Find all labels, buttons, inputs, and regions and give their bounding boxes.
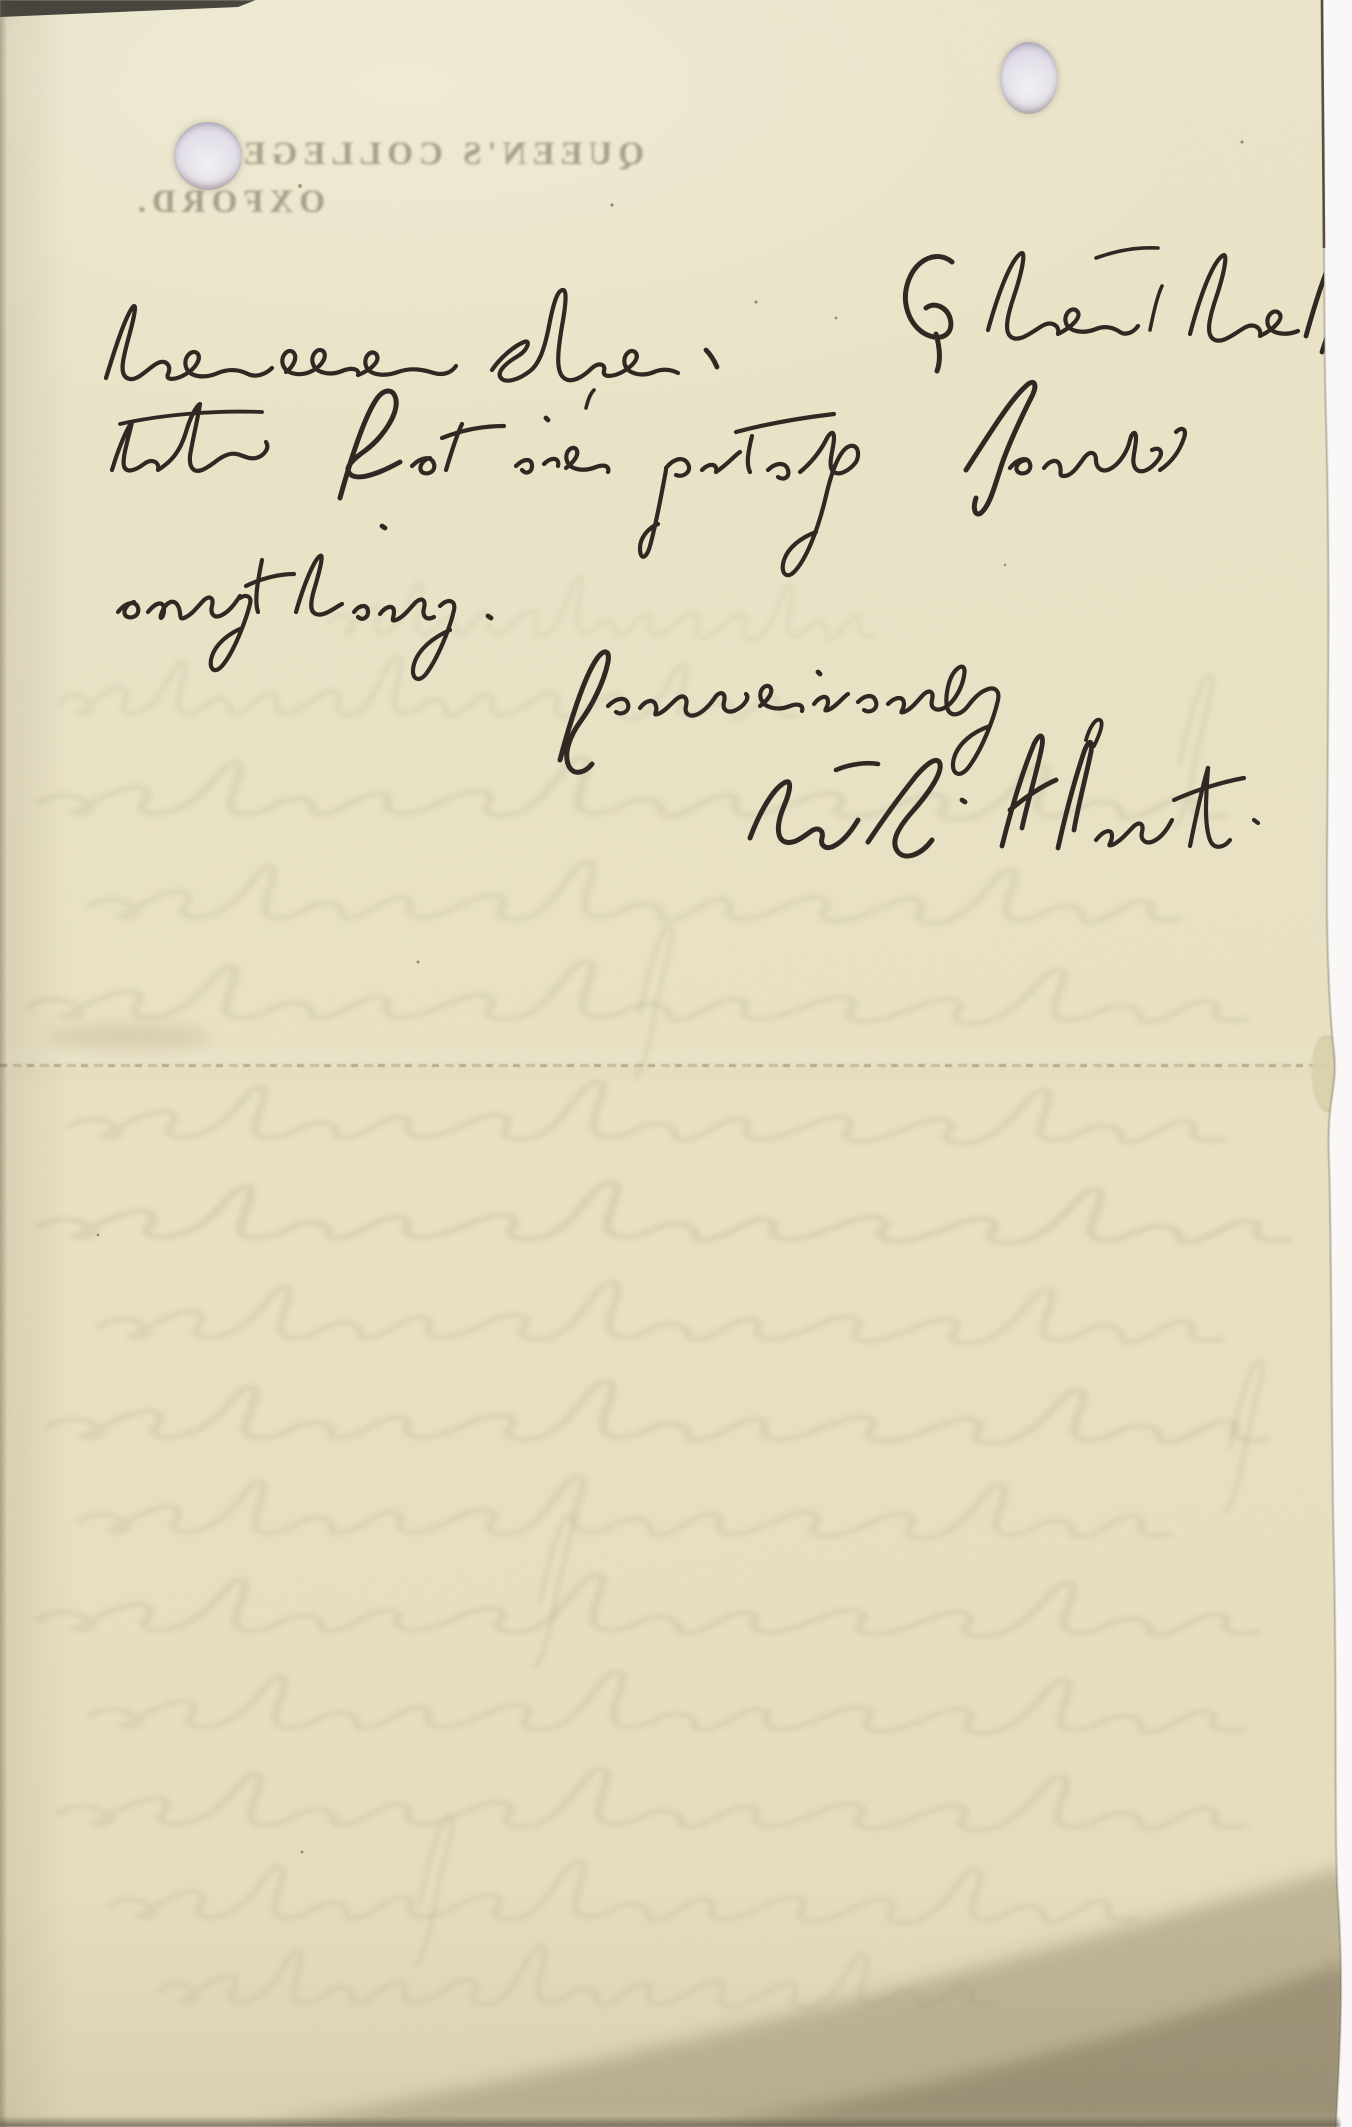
scan-background-strip (1322, 0, 1352, 2127)
paper-left-edge (0, 0, 7, 2127)
paper-bottom-edge (0, 2116, 1340, 2127)
scanned-letter-page: QUEEN'S COLLEGE. OXFORD. (0, 0, 1352, 2127)
scan-edge-layer (0, 0, 1352, 2127)
